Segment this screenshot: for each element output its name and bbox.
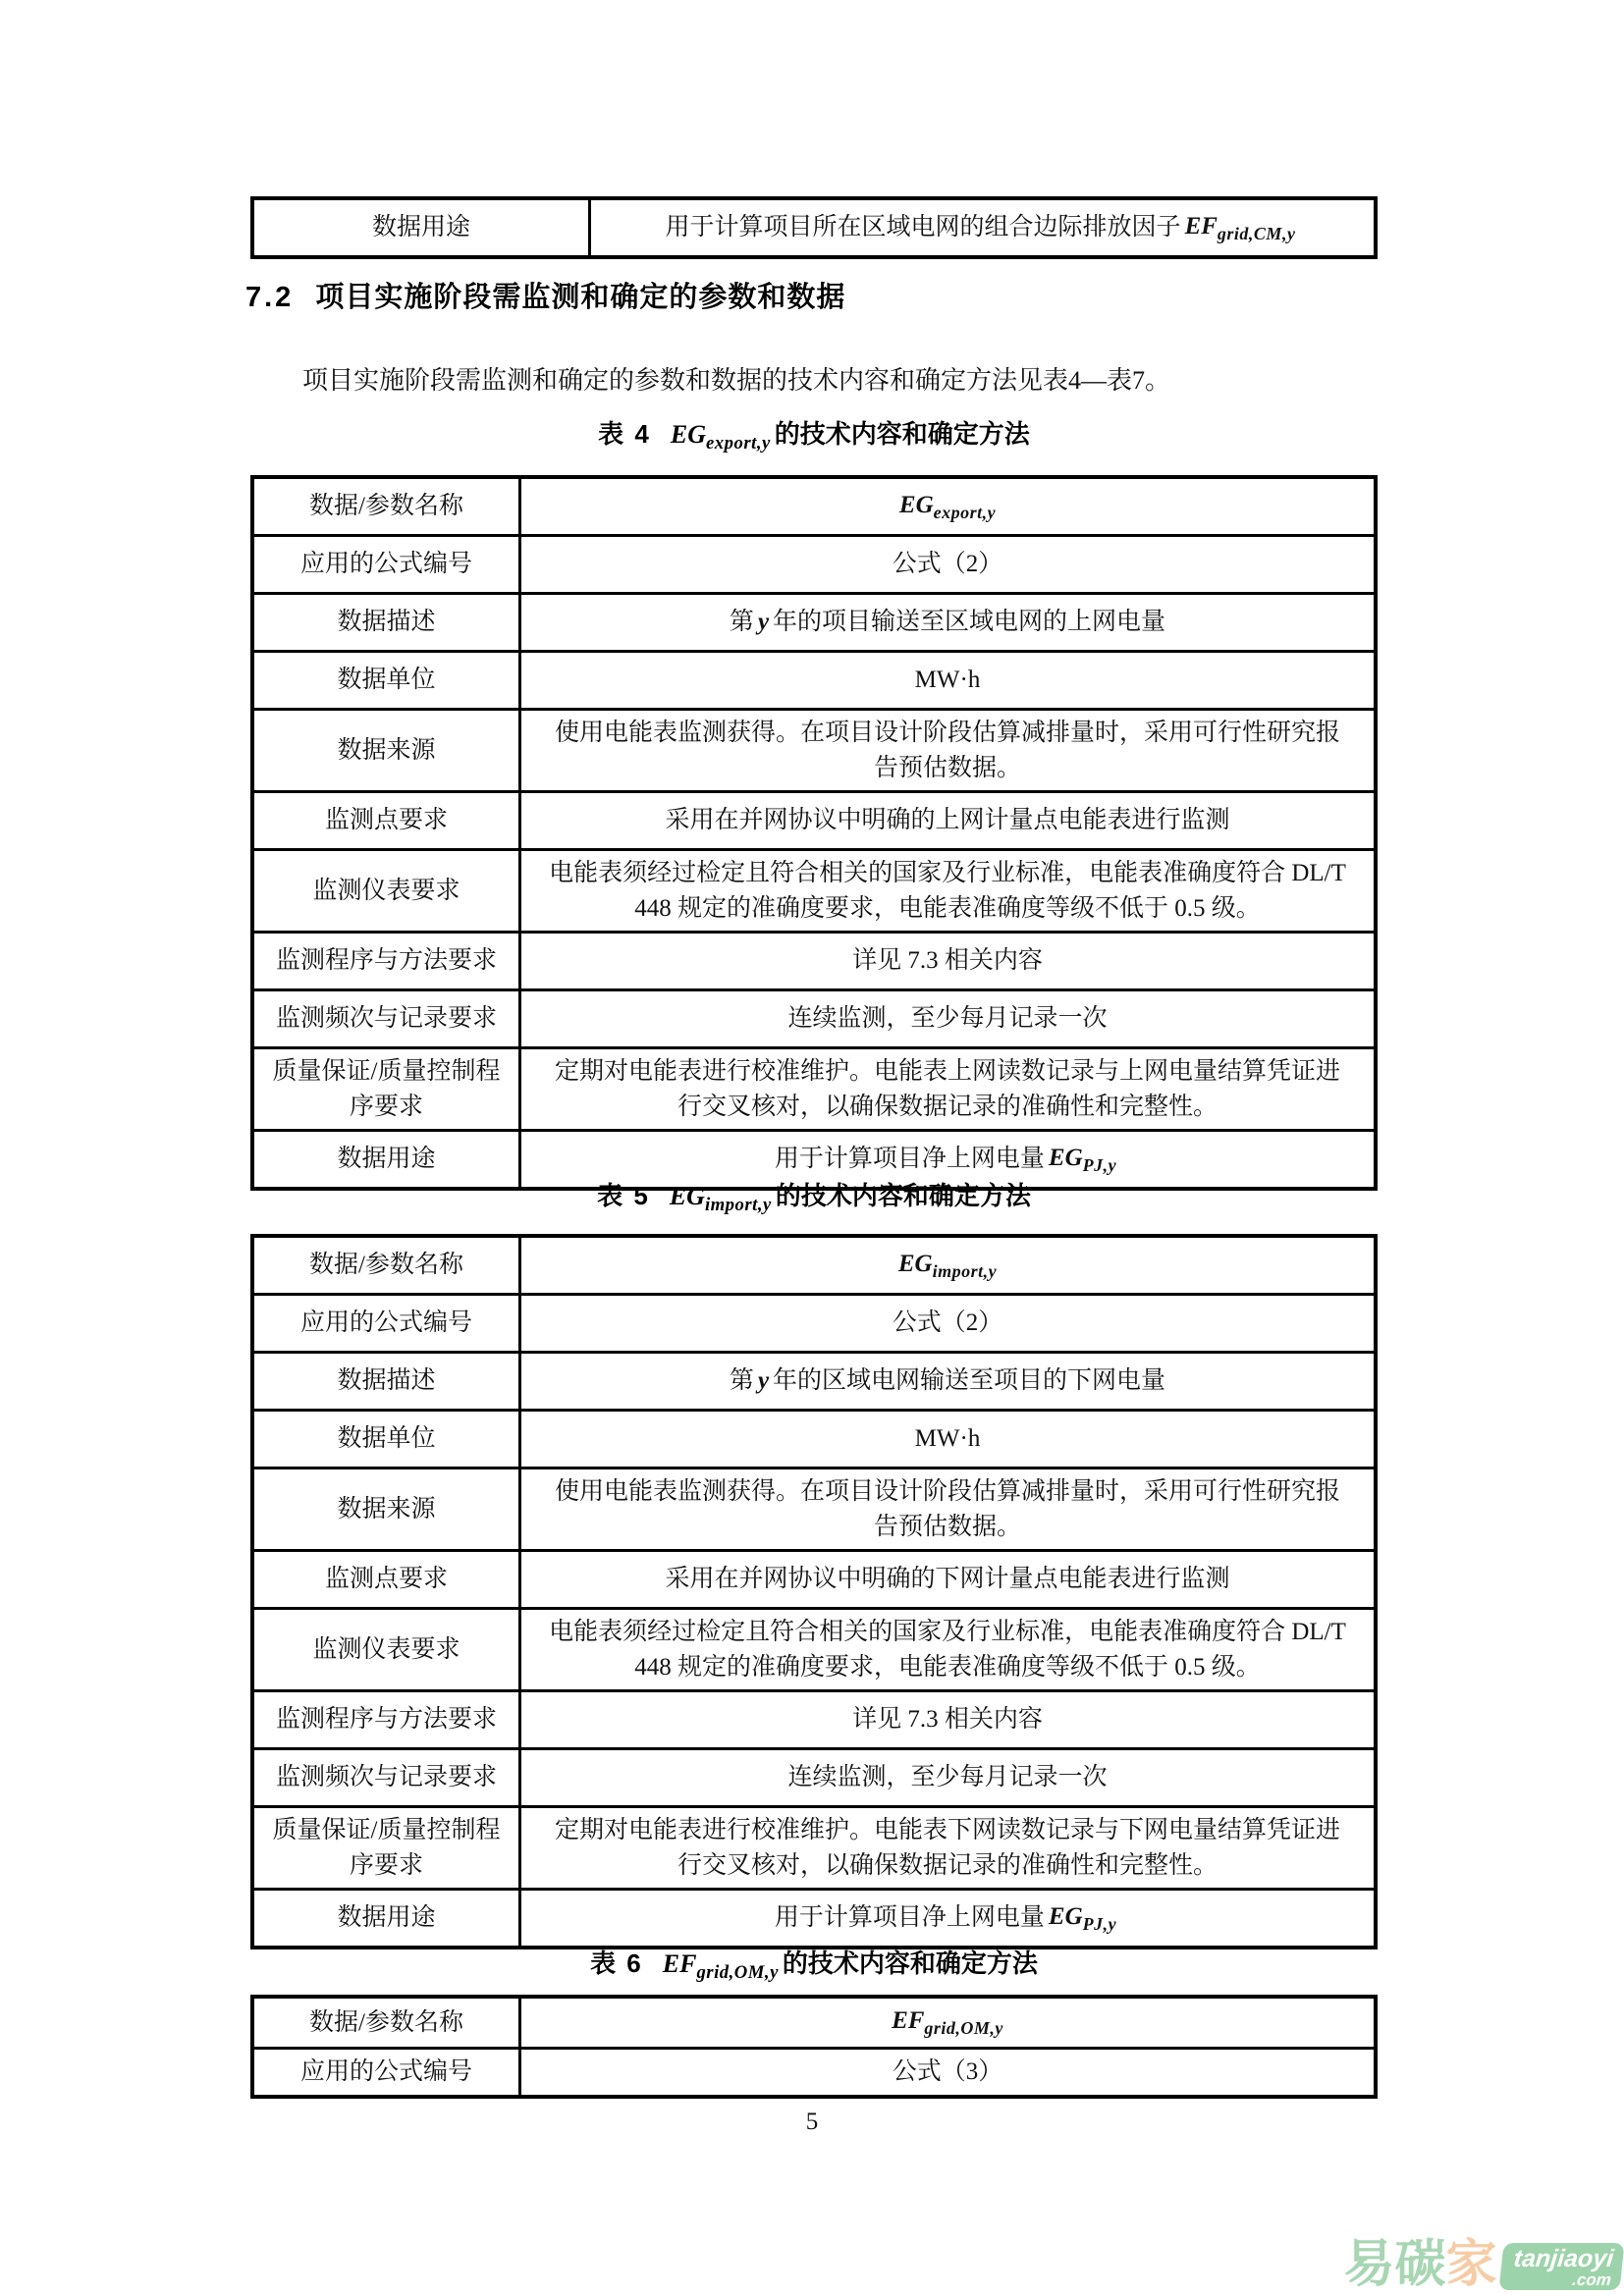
table-5: 数据/参数名称EGimport,y应用的公式编号公式（2）数据描述第y年的区域电…: [250, 1234, 1378, 1949]
row-label: 数据/参数名称: [254, 479, 521, 534]
row-value: 详见 7.3 相关内容: [521, 1692, 1374, 1747]
watermark-logo: 易 碳 家 tanjiaoyi .com: [1344, 2239, 1622, 2290]
watermark-tld: .com: [1510, 2271, 1611, 2288]
table-row: 监测仪表要求电能表须经过检定且符合相关的国家及行业标准，电能表准确度符合 DL/…: [254, 1607, 1374, 1689]
watermark-char-tan: 碳: [1395, 2239, 1446, 2290]
row-label: 数据单位: [254, 1412, 521, 1467]
row-label: 监测程序与方法要求: [254, 1692, 521, 1747]
table-4: 数据/参数名称EGexport,y应用的公式编号公式（2）数据描述第y年的项目输…: [250, 475, 1378, 1191]
row-value: 采用在并网协议中明确的上网计量点电能表进行监测: [521, 793, 1374, 848]
table4-caption: 表 4EGexport,y的技术内容和确定方法: [250, 414, 1378, 454]
table6-caption: 表 6EFgrid,OM,y的技术内容和确定方法: [250, 1944, 1378, 1984]
row-value: EFgrid,OM,y: [521, 1999, 1374, 2047]
row-label: 数据单位: [254, 653, 521, 708]
table-row: 应用的公式编号公式（2）: [254, 534, 1374, 592]
watermark-domain: tanjiaoyi: [1512, 2247, 1614, 2271]
table-row: 数据/参数名称EGexport,y: [254, 479, 1374, 534]
table-row: 数据单位MW·h: [254, 1409, 1374, 1467]
math-formula: EFgrid,OM,y: [663, 1949, 779, 1978]
row-value: 连续监测，至少每月记录一次: [521, 1750, 1374, 1805]
caption-formula: EGimport,y: [666, 1181, 776, 1210]
section-title: 项目实施阶段需监测和确定的参数和数据: [315, 282, 845, 313]
caption-prefix: 表 6: [590, 1949, 643, 1978]
row-label: 数据用途: [254, 1891, 521, 1946]
caption-formula: EGexport,y: [667, 419, 775, 449]
row-value: EGexport,y: [521, 479, 1374, 534]
row-value: 详见 7.3 相关内容: [521, 934, 1374, 988]
caption-suffix: 的技术内容和确定方法: [783, 1949, 1038, 1978]
watermark-badge: tanjiaoyi .com: [1498, 2243, 1624, 2290]
row-value: 电能表须经过检定且符合相关的国家及行业标准，电能表准确度符合 DL/T 448 …: [521, 851, 1374, 931]
row-label: 数据描述: [254, 595, 521, 650]
row-value: 用于计算项目所在区域电网的组合边际排放因子EFgrid,CM,y: [591, 200, 1374, 255]
table-row: 监测程序与方法要求详见 7.3 相关内容: [254, 931, 1374, 988]
caption-prefix: 表 5: [597, 1181, 650, 1210]
math-formula: EGexport,y: [899, 488, 996, 526]
row-value: 第y年的项目输送至区域电网的上网电量: [521, 595, 1374, 650]
caption-suffix: 的技术内容和确定方法: [775, 419, 1030, 449]
math-formula: EFgrid,CM,y: [1185, 209, 1296, 247]
row-value: 采用在并网协议中明确的下网计量点电能表进行监测: [521, 1552, 1374, 1607]
math-formula: EGPJ,y: [1049, 1141, 1116, 1179]
row-value: 用于计算项目净上网电量EGPJ,y: [521, 1891, 1374, 1946]
row-value: 公式（2）: [521, 537, 1374, 592]
table-row: 监测仪表要求电能表须经过检定且符合相关的国家及行业标准，电能表准确度符合 DL/…: [254, 848, 1374, 931]
row-label: 数据用途: [254, 200, 591, 255]
row-label: 监测仪表要求: [254, 1610, 521, 1689]
table-row: 数据用途用于计算项目净上网电量EGPJ,y: [254, 1888, 1374, 1946]
math-formula: y: [758, 1363, 769, 1399]
page-number: 5: [0, 2109, 1624, 2136]
table-row: 数据来源使用电能表监测获得。在项目设计阶段估算减排量时，采用可行性研究报告预估数…: [254, 1467, 1374, 1549]
row-value: 公式（3）: [521, 2050, 1374, 2095]
row-label: 监测频次与记录要求: [254, 1750, 521, 1805]
caption-suffix: 的技术内容和确定方法: [776, 1181, 1031, 1210]
table-row: 数据单位MW·h: [254, 650, 1374, 708]
row-label: 监测仪表要求: [254, 851, 521, 931]
table5-caption: 表 5EGimport,y的技术内容和确定方法: [250, 1176, 1378, 1216]
continuation-table: 数据用途 用于计算项目所在区域电网的组合边际排放因子EFgrid,CM,y: [250, 196, 1378, 259]
row-value: 电能表须经过检定且符合相关的国家及行业标准，电能表准确度符合 DL/T 448 …: [521, 1610, 1374, 1689]
math-formula: EGPJ,y: [1049, 1899, 1116, 1938]
table-row: 数据/参数名称EGimport,y: [254, 1238, 1374, 1293]
row-value: 使用电能表监测获得。在项目设计阶段估算减排量时，采用可行性研究报告预估数据。: [521, 711, 1374, 790]
row-value: 定期对电能表进行校准维护。电能表下网读数记录与下网电量结算凭证进行交叉核对，以确…: [521, 1808, 1374, 1888]
math-formula: EGimport,y: [670, 1182, 772, 1210]
table-row: 数据描述第y年的项目输送至区域电网的上网电量: [254, 592, 1374, 650]
row-label: 数据来源: [254, 1469, 521, 1549]
row-value: 连续监测，至少每月记录一次: [521, 991, 1374, 1046]
table-row: 监测频次与记录要求连续监测，至少每月记录一次: [254, 988, 1374, 1046]
table-row: 数据来源使用电能表监测获得。在项目设计阶段估算减排量时，采用可行性研究报告预估数…: [254, 708, 1374, 790]
row-label: 应用的公式编号: [254, 1296, 521, 1351]
row-label: 应用的公式编号: [254, 537, 521, 592]
row-label: 质量保证/质量控制程序要求: [254, 1808, 521, 1888]
math-formula: EGexport,y: [671, 420, 771, 449]
row-value: 公式（2）: [521, 1296, 1374, 1351]
row-label: 数据/参数名称: [254, 1238, 521, 1293]
table-6: 数据/参数名称EFgrid,OM,y应用的公式编号公式（3）: [250, 1995, 1378, 2099]
row-label: 数据/参数名称: [254, 1999, 521, 2047]
table-row: 监测频次与记录要求连续监测，至少每月记录一次: [254, 1747, 1374, 1805]
row-value: MW·h: [521, 653, 1374, 708]
row-label: 监测程序与方法要求: [254, 934, 521, 988]
watermark-char-jia: 家: [1446, 2239, 1497, 2290]
row-value: 使用电能表监测获得。在项目设计阶段估算减排量时，采用可行性研究报告预估数据。: [521, 1469, 1374, 1549]
row-value: MW·h: [521, 1412, 1374, 1467]
math-formula: EFgrid,OM,y: [892, 2003, 1003, 2042]
table-row: 质量保证/质量控制程序要求定期对电能表进行校准维护。电能表上网读数记录与上网电量…: [254, 1046, 1374, 1129]
row-label: 质量保证/质量控制程序要求: [254, 1049, 521, 1129]
caption-prefix: 表 4: [598, 419, 651, 449]
watermark-char-yi: 易: [1344, 2239, 1395, 2290]
math-formula: y: [758, 605, 769, 640]
table-row: 数据/参数名称EFgrid,OM,y: [254, 1999, 1374, 2047]
intro-paragraph: 项目实施阶段需监测和确定的参数和数据的技术内容和确定方法见表4—表7。: [250, 363, 1380, 399]
document-page: 数据用途 用于计算项目所在区域电网的组合边际排放因子EFgrid,CM,y 7.…: [0, 0, 1624, 2296]
section-heading: 7.2项目实施阶段需监测和确定的参数和数据: [245, 275, 845, 315]
table-row: 数据用途 用于计算项目所在区域电网的组合边际排放因子EFgrid,CM,y: [254, 200, 1374, 255]
table-row: 数据描述第y年的区域电网输送至项目的下网电量: [254, 1351, 1374, 1409]
row-label: 应用的公式编号: [254, 2050, 521, 2095]
table-row: 监测程序与方法要求详见 7.3 相关内容: [254, 1689, 1374, 1747]
row-label: 数据来源: [254, 711, 521, 790]
math-formula: EGimport,y: [898, 1247, 997, 1285]
row-label: 数据描述: [254, 1354, 521, 1409]
table-row: 应用的公式编号公式（3）: [254, 2047, 1374, 2095]
row-value: EGimport,y: [521, 1238, 1374, 1293]
table-row: 监测点要求采用在并网协议中明确的下网计量点电能表进行监测: [254, 1549, 1374, 1607]
section-number: 7.2: [245, 282, 294, 313]
caption-formula: EFgrid,OM,y: [659, 1949, 783, 1978]
row-label: 监测频次与记录要求: [254, 991, 521, 1046]
row-value: 定期对电能表进行校准维护。电能表上网读数记录与上网电量结算凭证进行交叉核对，以确…: [521, 1049, 1374, 1129]
row-label: 监测点要求: [254, 1552, 521, 1607]
row-label: 监测点要求: [254, 793, 521, 848]
table-row: 监测点要求采用在并网协议中明确的上网计量点电能表进行监测: [254, 790, 1374, 848]
table-row: 质量保证/质量控制程序要求定期对电能表进行校准维护。电能表下网读数记录与下网电量…: [254, 1805, 1374, 1888]
table-row: 应用的公式编号公式（2）: [254, 1293, 1374, 1351]
row-value: 第y年的区域电网输送至项目的下网电量: [521, 1354, 1374, 1409]
